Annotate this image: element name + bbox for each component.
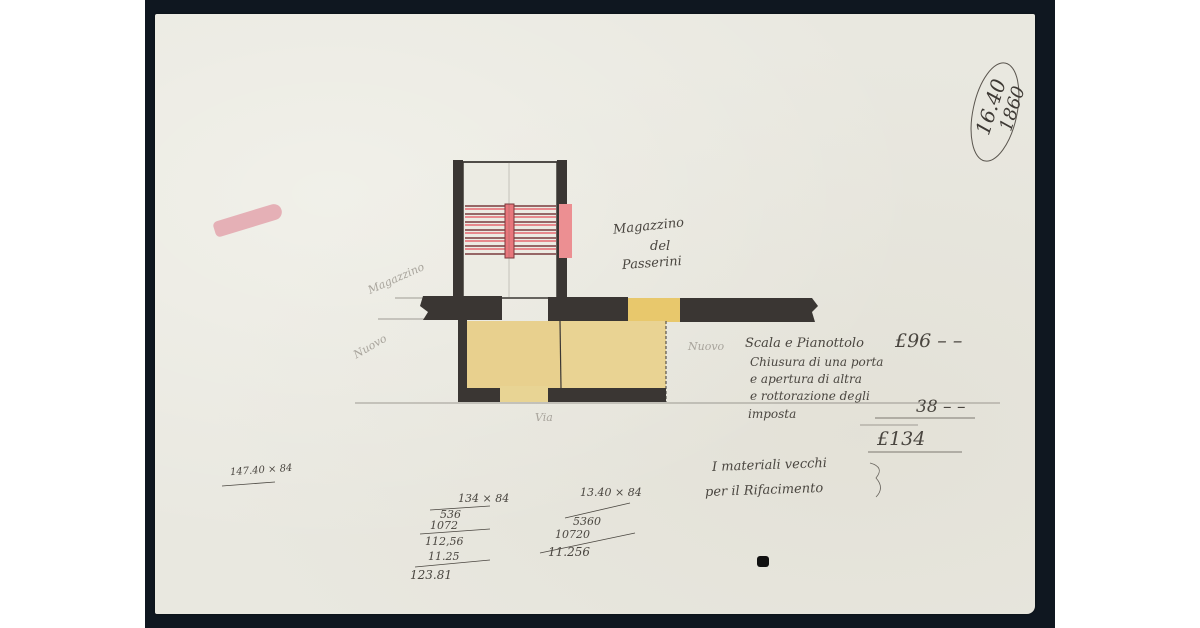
calc-col1-row1: 134 × 84 — [458, 492, 509, 505]
calc-col2-row3: 10720 — [555, 528, 590, 541]
calc-col2-row2: 5360 — [573, 515, 601, 528]
estimate-item2-line2: e apertura di altra — [750, 372, 862, 386]
faint-estimate-prefix: Nuovo — [688, 340, 724, 353]
estimate-total: £134 — [877, 428, 925, 451]
label-del: del — [650, 239, 670, 255]
calc-col1-row5: 11.25 — [428, 550, 460, 563]
estimate-item1-amount: £96 – – — [895, 330, 962, 353]
calc-col2-total: 11.256 — [548, 545, 590, 559]
calc-col1-row3: 1072 — [430, 519, 458, 532]
calc-col1-total: 123.81 — [410, 568, 452, 582]
estimate-item1: Scala e Pianottolo — [745, 336, 864, 352]
calc-col1-row4: 112,56 — [425, 535, 464, 548]
estimate-item2-line4: imposta — [748, 407, 796, 421]
estimate-item2-amount: 38 – – — [916, 397, 965, 417]
estimate-item2-line1: Chiusura di una porta — [750, 355, 883, 369]
faint-label-via: Via — [535, 411, 553, 424]
estimate-item2-line3: e rottorazione degli — [750, 389, 870, 403]
calc-col2-row1: 13.40 × 84 — [580, 486, 642, 499]
